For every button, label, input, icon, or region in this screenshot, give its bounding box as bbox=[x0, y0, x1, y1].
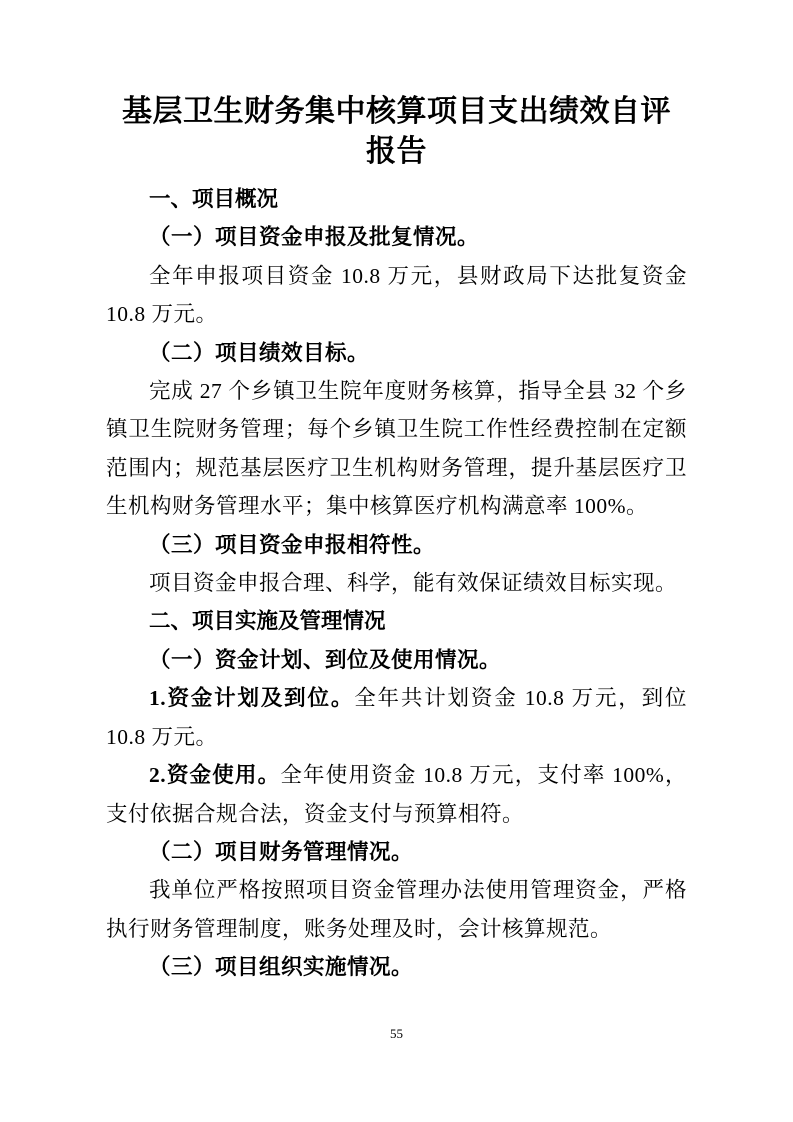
section-2-heading: 二、项目实施及管理情况 bbox=[106, 602, 687, 640]
section-1-2-heading: （二）项目绩效目标。 bbox=[106, 334, 687, 372]
document-page: 基层卫生财务集中核算项目支出绩效自评 报告 一、项目概况 （一）项目资金申报及批… bbox=[0, 0, 793, 1122]
section-1-3-body: 项目资金申报合理、科学，能有效保证绩效目标实现。 bbox=[106, 564, 687, 602]
document-title-line1: 基层卫生财务集中核算项目支出绩效自评 bbox=[106, 92, 687, 132]
section-2-2-body: 我单位严格按照项目资金管理办法使用管理资金，严格执行财务管理制度，账务处理及时，… bbox=[106, 871, 687, 948]
item-1-lead: 1.资金计划及到位。 bbox=[149, 686, 354, 710]
item-2-lead: 2.资金使用。 bbox=[149, 763, 280, 787]
section-2-1-item-2: 2.资金使用。全年使用资金 10.8 万元，支付率 100%，支付依据合规合法，… bbox=[106, 756, 687, 833]
section-1-1-body: 全年申报项目资金 10.8 万元，县财政局下达批复资金 10.8 万元。 bbox=[106, 257, 687, 334]
section-1-3-heading: （三）项目资金申报相符性。 bbox=[106, 526, 687, 564]
page-number: 55 bbox=[0, 1026, 793, 1042]
document-title: 基层卫生财务集中核算项目支出绩效自评 报告 bbox=[106, 92, 687, 172]
section-2-1-item-1: 1.资金计划及到位。全年共计划资金 10.8 万元，到位 10.8 万元。 bbox=[106, 679, 687, 756]
section-1-2-body: 完成 27 个乡镇卫生院年度财务核算，指导全县 32 个乡镇卫生院财务管理；每个… bbox=[106, 372, 687, 526]
document-title-line2: 报告 bbox=[106, 132, 687, 172]
section-2-1-heading: （一）资金计划、到位及使用情况。 bbox=[106, 641, 687, 679]
section-2-2-heading: （二）项目财务管理情况。 bbox=[106, 833, 687, 871]
section-1-heading: 一、项目概况 bbox=[106, 180, 687, 218]
section-2-3-heading: （三）项目组织实施情况。 bbox=[106, 948, 687, 986]
section-1-1-heading: （一）项目资金申报及批复情况。 bbox=[106, 218, 687, 256]
